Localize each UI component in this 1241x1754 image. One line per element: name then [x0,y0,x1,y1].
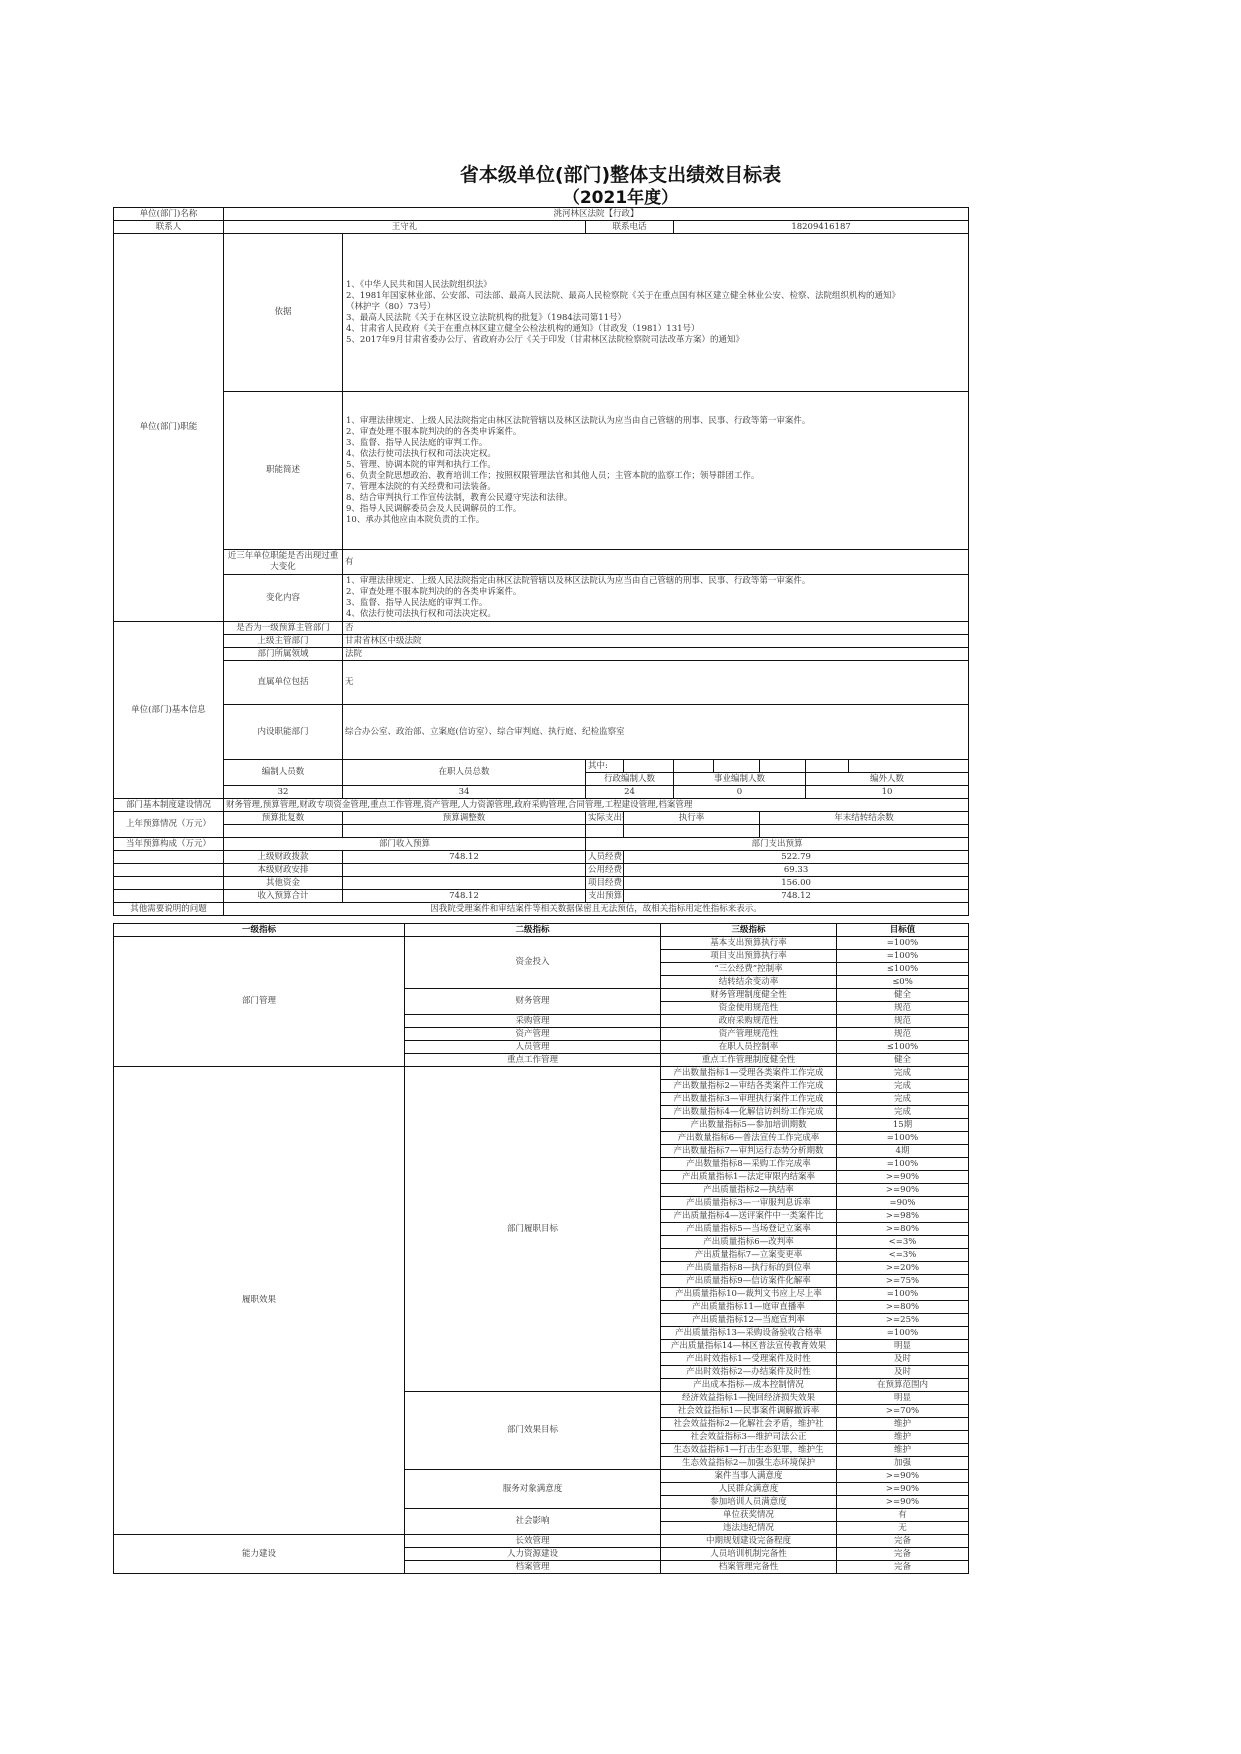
level3-indicator: 产出质量指标2—执结率 [661,1184,837,1197]
budget-row: 上级财政拨款 748.12 人员经费 522.79 [114,851,969,864]
functions-section-label: 单位(部门)职能 [114,234,224,622]
target-value: 规范 [837,1015,969,1028]
unit-name-label: 单位(部门)名称 [114,208,224,221]
target-value: 4期 [837,1145,969,1158]
indicator-header-row: 一级指标 二级指标 三级指标 目标值 [114,924,969,937]
level3-indicator: 产出质量指标6—改判率 [661,1236,837,1249]
level1-indicator: 履职效果 [114,1067,405,1535]
target-value: 完成 [837,1106,969,1119]
level3-indicator: 产出质量指标4—送评案件中一类案件比 [661,1210,837,1223]
target-value: 完成 [837,1093,969,1106]
blank-cell [114,864,224,877]
target-value: ≤100% [837,1041,969,1054]
contact-row: 联系人 王守礼 联系电话 18209416187 [114,221,969,234]
staff-extra-label: 编外人数 [806,773,969,786]
level3-indicator: 产出数量指标6—普法宣传工作完成率 [661,1132,837,1145]
level2-indicator: 社会影响 [405,1509,661,1535]
first-level-label: 是否为一级预算主管部门 [224,622,343,635]
level2-indicator: 财务管理 [405,989,661,1015]
blank-cell [624,760,674,773]
level2-indicator: 采购管理 [405,1015,661,1028]
target-value: <=3% [837,1249,969,1262]
target-value: >=80% [837,1301,969,1314]
last-year-header-row: 上年预算情况（万元） 预算批复数 预算调整数 实际支出数 执行率 年末结转结余数 [114,812,969,825]
target-value: =100% [837,1158,969,1171]
target-value: =100% [837,1288,969,1301]
level2-indicator: 重点工作管理 [405,1054,661,1067]
text-line: 1、审理法律规定、上级人民法院指定由林区法院管辖以及林区法院认为应当由自己管辖的… [346,416,966,427]
blank-cell [760,760,806,773]
staff-values-row: 32 34 24 0 10 [114,786,969,799]
target-value: =100% [837,1327,969,1340]
staff-header-row-1: 编制人员数 在职人员总数 其中: [114,760,969,773]
text-line: 1、《中华人民共和国人民法院组织法》 [346,280,966,291]
target-value: >=98% [837,1210,969,1223]
target-value: 及时 [837,1353,969,1366]
budget-row: 其他资金 项目经费 156.00 [114,877,969,890]
target-value: 维护 [837,1418,969,1431]
level1-indicator: 部门管理 [114,937,405,1067]
level3-indicator: 产出数量指标2—审结各类案件工作完成 [661,1080,837,1093]
unit-name-row: 单位(部门)名称 洮河林区法院【行政】 [114,208,969,221]
income-value: 748.12 [343,890,586,903]
text-line: 1、审理法律规定、上级人民法院指定由林区法院管辖以及林区法院认为应当由自己管辖的… [346,576,966,587]
target-value: >=90% [837,1483,969,1496]
other-notes-label: 其他需要说明的问题 [114,903,224,916]
level3-indicator: 产出质量指标10—裁判文书应上尽上率 [661,1288,837,1301]
text-line: 10、承办其他应由本院负责的工作。 [346,515,966,526]
level3-indicator: 经济效益指标1—挽回经济损失效果 [661,1392,837,1405]
level3-indicator: 产出数量指标5—参加培训期数 [661,1119,837,1132]
level3-indicator: 人民群众满意度 [661,1483,837,1496]
change-content-label: 变化内容 [224,575,343,622]
expense-value: 156.00 [624,877,969,890]
target-value: =100% [837,1132,969,1145]
expense-label: 项目经费 [586,877,624,890]
level3-indicator: 产出质量指标14—林区普法宣传教育效果 [661,1340,837,1353]
last-year-header: 预算批复数 [224,812,343,825]
level3-indicator: 违法违纪情况 [661,1522,837,1535]
income-value [343,877,586,890]
level2-indicator: 人力资源建设 [405,1548,661,1561]
subordinate-value: 无 [343,661,969,705]
level2-indicator: 部门效果目标 [405,1392,661,1470]
target-value: 维护 [837,1431,969,1444]
other-notes-row: 其他需要说明的问题 因我院受理案件和审结案件等相关数据保密且无法预估，故相关指标… [114,903,969,916]
text-line: 4、依法行使司法执行权和司法决定权。 [346,609,966,620]
target-value: 无 [837,1522,969,1535]
current-year-header-row: 当年预算构成（万元） 部门收入预算 部门支出预算 [114,838,969,851]
target-value: >=70% [837,1405,969,1418]
indicator-row: 部门管理资金投入基本支出预算执行率=100% [114,937,969,950]
superior-row: 上级主管部门 甘肃省林区中级法院 [114,635,969,648]
level2-indicator: 部门履职目标 [405,1067,661,1392]
unit-info-table: 单位(部门)名称 洮河林区法院【行政】 联系人 王守礼 联系电话 1820941… [113,207,969,916]
systems-row: 部门基本制度建设情况 财务管理,预算管理,财政专项资金管理,重点工作管理,资产管… [114,799,969,812]
current-year-label: 当年预算构成（万元） [114,838,224,851]
target-value: 维护 [837,1444,969,1457]
level3-indicator: 产出数量指标7—审判运行态势分析期数 [661,1145,837,1158]
phone-value: 18209416187 [674,221,969,234]
change-question-row: 近三年单位职能是否出现过重大变化 有 [114,550,969,575]
level2-indicator: 人员管理 [405,1041,661,1054]
first-level-row: 单位(部门)基本信息 是否为一级预算主管部门 否 [114,622,969,635]
blank-cell [714,760,760,773]
level3-indicator: 社会效益指标3—维护司法公正 [661,1431,837,1444]
target-value: =100% [837,937,969,950]
level3-indicator: 资金使用规范性 [661,1002,837,1015]
last-year-value [586,825,624,838]
text-line: 4、甘肃省人民政府《关于在重点林区建立健全公检法机构的通知》（甘政发（1981）… [346,324,966,335]
staff-total-value: 34 [343,786,586,799]
text-line: 2、审查处理不服本院判决的的各类申诉案件。 [346,427,966,438]
text-line: 7、管理本法院的有关经费和司法装备。 [346,482,966,493]
indicator-row: 履职效果部门履职目标产出数量指标1—受理各类案件工作完成完成 [114,1067,969,1080]
level3-indicator: 中期规划建设完备程度 [661,1535,837,1548]
field-value: 法院 [343,648,969,661]
level3-indicator: 政府采购规范性 [661,1015,837,1028]
internal-dept-value: 综合办公室、政治部、立案庭(信访室）、综合审判庭、执行庭、纪检监察室 [343,705,969,760]
expense-label: 支出预算合计 [586,890,624,903]
target-value: 明显 [837,1340,969,1353]
target-value: =90% [837,1197,969,1210]
level3-indicator: 产出质量指标13—采购设备验收合格率 [661,1327,837,1340]
level3-indicator: 产出质量指标1—法定审限内结案率 [661,1171,837,1184]
text-line: 5、2017年9月甘肃省委办公厅、省政府办公厅《关于印发（甘肃林区法院检察院司法… [346,335,966,346]
expense-header: 部门支出预算 [586,838,969,851]
staff-admin-label: 行政编制人数 [586,773,674,786]
text-line: 2、1981年国家林业部、公安部、司法部、最高人民法院、最高人民检察院《关于在重… [346,291,966,302]
level3-indicator: 案件当事人满意度 [661,1470,837,1483]
target-value: 完备 [837,1561,969,1574]
field-label: 部门所属领域 [224,648,343,661]
level3-indicator: 产出质量指标11—庭审直播率 [661,1301,837,1314]
level3-indicator: 产出数量指标4—化解信访纠纷工作完成 [661,1106,837,1119]
target-value: 有 [837,1509,969,1522]
target-value: 完备 [837,1548,969,1561]
text-line: 8、结合审判执行工作宣传法制，教育公民遵守宪法和法律。 [346,493,966,504]
expense-value: 69.33 [624,864,969,877]
systems-value: 财务管理,预算管理,财政专项资金管理,重点工作管理,资产管理,人力资源管理,政府… [224,799,969,812]
last-year-value [624,825,760,838]
income-label: 上级财政拨款 [224,851,343,864]
target-value: ≤0% [837,976,969,989]
staff-total-label: 在职人员总数 [343,760,586,786]
level3-indicator: 结转结余变动率 [661,976,837,989]
text-line: 2、审查处理不服本院判决的的各类申诉案件。 [346,587,966,598]
level3-indicator: 生态效益指标2—加强生态环境保护 [661,1457,837,1470]
target-value: 完成 [837,1067,969,1080]
target-value: >=90% [837,1171,969,1184]
other-notes-value: 因我院受理案件和审结案件等相关数据保密且无法预估，故相关指标用定性指标来表示。 [224,903,969,916]
summary-text: 1、审理法律规定、上级人民法院指定由林区法院管辖以及林区法院认为应当由自己管辖的… [343,392,969,550]
staff-quota-value: 32 [224,786,343,799]
level3-indicator: 产出质量指标3—一审服判息诉率 [661,1197,837,1210]
target-value: <=3% [837,1236,969,1249]
last-year-value [760,825,969,838]
level2-indicator: 长效管理 [405,1535,661,1548]
text-line: 5、管理、协调本院的审判和执行工作。 [346,460,966,471]
target-value: 15期 [837,1119,969,1132]
blank-cell [674,760,714,773]
level1-indicator: 能力建设 [114,1535,405,1574]
first-level-value: 否 [343,622,969,635]
summary-row: 职能简述 1、审理法律规定、上级人民法院指定由林区法院管辖以及林区法院认为应当由… [114,392,969,550]
level3-indicator: 产出质量指标8—执行标的到位率 [661,1262,837,1275]
level3-indicator: 产出数量指标1—受理各类案件工作完成 [661,1067,837,1080]
blank-cell [806,760,849,773]
systems-label: 部门基本制度建设情况 [114,799,224,812]
level2-indicator: 档案管理 [405,1561,661,1574]
level3-indicator: 单位获奖情况 [661,1509,837,1522]
target-value: >=90% [837,1470,969,1483]
text-line: 3、最高人民法院《关于在林区设立法院机构的批复》（1984法司第11号） [346,313,966,324]
target-value: >=90% [837,1184,969,1197]
level3-indicator: 产出时效指标1—受理案件及时性 [661,1353,837,1366]
change-question-value: 有 [343,550,969,575]
header-level1: 一级指标 [114,924,405,937]
target-value: 明显 [837,1392,969,1405]
blank-cell [849,760,969,773]
text-line: 6、负责全院思想政治、教育培训工作；按照权限管理法官和其他人员；主管本院的监察工… [346,471,966,482]
staff-among-label: 其中: [586,760,624,773]
last-year-header: 执行率 [624,812,760,825]
target-value: ≤100% [837,963,969,976]
internal-dept-label: 内设职能部门 [224,705,343,760]
level3-indicator: 重点工作管理制度健全性 [661,1054,837,1067]
summary-label: 职能简述 [224,392,343,550]
level3-indicator: 产出质量指标5—当场登记立案率 [661,1223,837,1236]
target-value: >=90% [837,1496,969,1509]
superior-label: 上级主管部门 [224,635,343,648]
income-label: 其他资金 [224,877,343,890]
income-label: 收入预算合计 [224,890,343,903]
staff-quota-label: 编制人员数 [224,760,343,786]
target-value: 规范 [837,1028,969,1041]
blank-cell [114,851,224,864]
target-value: >=75% [837,1275,969,1288]
target-value: 加强 [837,1457,969,1470]
income-label: 本级财政安排 [224,864,343,877]
subordinate-label: 直属单位包括 [224,661,343,705]
level3-indicator: 生态效益指标1—打击生态犯罪，维护生 [661,1444,837,1457]
expense-label: 人员经费 [586,851,624,864]
staff-inst-label: 事业编制人数 [674,773,806,786]
last-year-header: 年末结转结余数 [760,812,969,825]
text-line: 9、指导人民调解委员会及人民调解员的工作。 [346,504,966,515]
level3-indicator: 基本支出预算执行率 [661,937,837,950]
unit-name-value: 洮河林区法院【行政】 [224,208,969,221]
level3-indicator: 产出时效指标2—办结案件及时性 [661,1366,837,1379]
budget-row: 本级财政安排 公用经费 69.33 [114,864,969,877]
level3-indicator: 产出数量指标8—采购工作完成率 [661,1158,837,1171]
level3-indicator: 产出质量指标12—当庭宣判率 [661,1314,837,1327]
target-value: 规范 [837,1002,969,1015]
superior-value: 甘肃省林区中级法院 [343,635,969,648]
level2-indicator: 资金投入 [405,937,661,989]
staff-extra-value: 10 [806,786,969,799]
header-level2: 二级指标 [405,924,661,937]
level3-indicator: 参加培训人员满意度 [661,1496,837,1509]
basis-label: 依据 [224,234,343,392]
change-question-label: 近三年单位职能是否出现过重大变化 [224,550,343,575]
internal-dept-row: 内设职能部门 综合办公室、政治部、立案庭(信访室）、综合审判庭、执行庭、纪检监察… [114,705,969,760]
field-row: 部门所属领域 法院 [114,648,969,661]
level3-indicator: 社会效益指标2—化解社会矛盾，维护社 [661,1418,837,1431]
target-value: 健全 [837,1054,969,1067]
subordinate-row: 直属单位包括 无 [114,661,969,705]
staff-inst-value: 0 [674,786,806,799]
level3-indicator: 财务管理制度健全性 [661,989,837,1002]
last-year-header: 预算调整数 [343,812,586,825]
level2-indicator: 服务对象满意度 [405,1470,661,1509]
income-value [343,864,586,877]
indicator-table: 一级指标 二级指标 三级指标 目标值 部门管理资金投入基本支出预算执行率=100… [113,923,969,1574]
income-header: 部门收入预算 [224,838,586,851]
last-year-label: 上年预算情况（万元） [114,812,224,838]
target-value: 及时 [837,1366,969,1379]
level3-indicator: 产出数量指标3—审理执行案件工作完成 [661,1093,837,1106]
target-value: 完成 [837,1080,969,1093]
last-year-value [343,825,586,838]
target-value: 在预算范围内 [837,1379,969,1392]
expense-value: 522.79 [624,851,969,864]
change-content-row: 变化内容 1、审理法律规定、上级人民法院指定由林区法院管辖以及林区法院认为应当由… [114,575,969,622]
basic-info-section-label: 单位(部门)基本信息 [114,622,224,799]
change-content-text: 1、审理法律规定、上级人民法院指定由林区法院管辖以及林区法院认为应当由自己管辖的… [343,575,969,622]
level3-indicator: “三公经费”控制率 [661,963,837,976]
last-year-value [224,825,343,838]
target-value: >=25% [837,1314,969,1327]
target-value: =100% [837,950,969,963]
expense-label: 公用经费 [586,864,624,877]
text-line: （林护字（80）73号） [346,302,966,313]
level3-indicator: 资产管理规范性 [661,1028,837,1041]
text-line: 4、依法行使司法执行权和司法决定权。 [346,449,966,460]
text-line: 3、监督、指导人民法庭的审判工作。 [346,438,966,449]
text-line: 3、监督、指导人民法庭的审判工作。 [346,598,966,609]
target-value: >=80% [837,1223,969,1236]
target-value: >=20% [837,1262,969,1275]
contact-value: 王守礼 [224,221,586,234]
budget-total-row: 收入预算合计 748.12 支出预算合计 748.12 [114,890,969,903]
staff-admin-value: 24 [586,786,674,799]
level3-indicator: 档案管理完备性 [661,1561,837,1574]
blank-cell [114,890,224,903]
contact-label: 联系人 [114,221,224,234]
level3-indicator: 社会效益指标1—民事案件调解撤诉率 [661,1405,837,1418]
phone-label: 联系电话 [586,221,674,234]
level3-indicator: 产出质量指标9—信访案件化解率 [661,1275,837,1288]
target-value: 完备 [837,1535,969,1548]
header-target: 目标值 [837,924,969,937]
level2-indicator: 资产管理 [405,1028,661,1041]
level3-indicator: 产出成本指标—成本控制情况 [661,1379,837,1392]
page-subtitle: （2021年度） [0,183,1241,208]
last-year-header: 实际支出数 [586,812,624,825]
level3-indicator: 人员培训机制完备性 [661,1548,837,1561]
header-level3: 三级指标 [661,924,837,937]
basis-text: 1、《中华人民共和国人民法院组织法》2、1981年国家林业部、公安部、司法部、最… [343,234,969,392]
blank-cell [114,877,224,890]
level3-indicator: 在职人员控制率 [661,1041,837,1054]
target-value: 健全 [837,989,969,1002]
indicator-row: 能力建设长效管理中期规划建设完备程度完备 [114,1535,969,1548]
basis-row: 单位(部门)职能 依据 1、《中华人民共和国人民法院组织法》2、1981年国家林… [114,234,969,392]
level3-indicator: 项目支出预算执行率 [661,950,837,963]
income-value: 748.12 [343,851,586,864]
level3-indicator: 产出质量指标7—立案变更率 [661,1249,837,1262]
last-year-values-row [114,825,969,838]
expense-value: 748.12 [624,890,969,903]
